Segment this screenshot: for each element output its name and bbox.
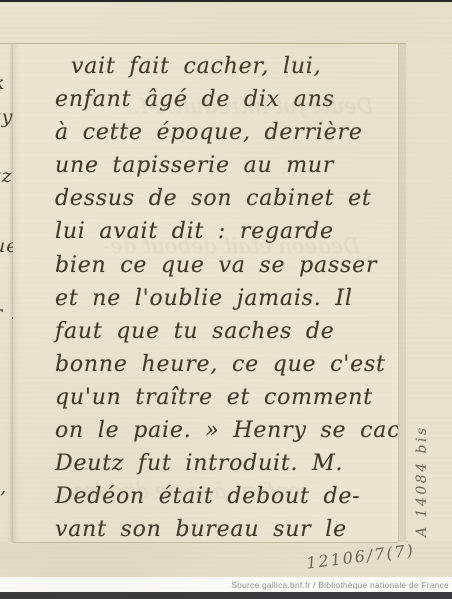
- handwritten-line: qu'un traître et comment: [55, 381, 398, 414]
- handwritten-line: Dedéon était debout de-: [55, 480, 398, 513]
- facing-page-text-fragment: k: [0, 72, 6, 94]
- backing-mat-top: [0, 2, 452, 43]
- handwritten-line: Deutz fut introduit. M.: [55, 447, 398, 480]
- handwritten-line: et ne l'oublie jamais. Il: [55, 282, 398, 315]
- facing-page-text-fragment: i,: [0, 476, 7, 498]
- shelfmark-pencil-annotation: A 14084 bis: [414, 377, 430, 537]
- handwritten-line: on le paie. » Henry se cacha,: [55, 414, 398, 447]
- handwritten-line: vant son bureau sur le: [55, 513, 398, 546]
- footer-bottom-bar: [0, 592, 452, 599]
- facing-page-edge: k ty . tz. ue r . - i,: [0, 43, 13, 542]
- handwritten-line: lui avait dit : regarde: [55, 215, 398, 248]
- letter-page: Deutz fut introduit. M. Dedéon était deb…: [13, 43, 398, 543]
- handwritten-line: bonne heure, ce que c'est: [55, 348, 398, 381]
- gallica-source-text: Source gallica.bnf.fr / Bibliothèque nat…: [231, 580, 449, 590]
- handwritten-line: une tapisserie au mur: [55, 149, 398, 182]
- handwritten-line: enfant âgé de dix ans: [55, 83, 398, 116]
- handwritten-line: faut que tu saches de: [55, 315, 398, 348]
- handwritten-text-block: vait fait cacher, lui, enfant âgé de dix…: [13, 44, 398, 546]
- handwritten-line: à cette époque, derrière: [55, 116, 398, 149]
- scanned-letter-page: k ty . tz. ue r . - i, Deutz fut introdu…: [0, 0, 452, 599]
- handwritten-line: vait fait cacher, lui,: [55, 50, 398, 83]
- handwritten-line: dessus de son cabinet et: [55, 182, 398, 215]
- facing-page-text-fragment: ty: [0, 106, 13, 128]
- handwritten-line: bien ce que va se passer: [55, 249, 398, 282]
- gallica-source-strip: Source gallica.bnf.fr / Bibliothèque nat…: [0, 577, 452, 592]
